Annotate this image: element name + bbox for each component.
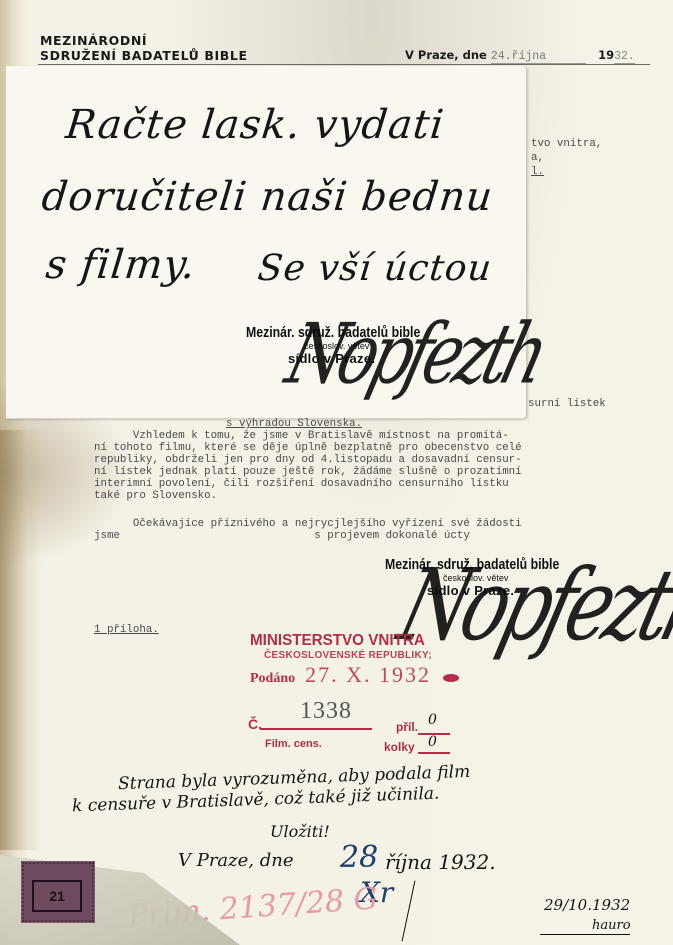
attachments-label: příl. — [396, 720, 418, 734]
submitted-label: Podáno — [250, 671, 295, 687]
official-note-place: V Praze, dne — [178, 850, 294, 871]
side-signature-underline — [540, 934, 630, 935]
fees-value: 0 — [428, 734, 437, 750]
ministry-receipt-stamp: MINISTERSTVO VNITRA ČESKOSLOVENSKÉ REPUB… — [250, 632, 485, 688]
pencil-stroke — [402, 881, 416, 942]
paragraph1-line6: také pro Slovensko. — [94, 490, 217, 502]
paragraph1-line3: republiky, obdrželi jen pro dny od 4.lis… — [94, 454, 522, 466]
side-signature: hauro — [592, 918, 631, 933]
slip-handwriting-closing: Se vší úctou — [256, 248, 494, 289]
paragraph2-line2: jsme s projevem dokonalé úcty — [94, 530, 470, 542]
official-note-file: Uložiti! — [270, 822, 330, 841]
document-page: MEZINÁRODNÍ SDRUŽENÍ BADATELŮ BIBLE V Pr… — [0, 0, 673, 945]
submitted-date: 27. X. 1932 — [305, 662, 431, 688]
date-typed: 24.října — [491, 50, 586, 64]
org-name-line2: SDRUŽENÍ BADATELŮ BIBLE — [40, 48, 248, 63]
year-typed: 32. — [614, 50, 635, 64]
stamp-ornament — [443, 674, 459, 682]
official-note-month-year: října 1932. — [385, 850, 496, 874]
year-prefix: 19 — [598, 48, 614, 62]
typed-fragment-3: l. — [531, 166, 544, 178]
fees-label: kolky — [384, 740, 415, 754]
side-date: 29/10.1932 — [544, 896, 630, 914]
date-prefix: V Praze, dne — [405, 48, 487, 62]
org-name-line1: MEZINÁRODNÍ — [40, 33, 248, 48]
typed-fragment-4: surní lístek — [528, 398, 606, 410]
slip-handwriting-line1: Račte lask. vydati — [64, 102, 447, 148]
slip-handwriting-line2: doručiteli naši bednu — [40, 174, 496, 220]
official-note-day: 28 — [340, 840, 378, 875]
slip-handwriting-line3: s filmy. — [44, 242, 198, 288]
registration-number: 1338 — [300, 698, 352, 725]
number-underline — [260, 728, 372, 730]
paragraph1-line2: ní tohoto filmu, které se děje úplně bez… — [94, 442, 522, 454]
paragraph1-line1: Vzhledem k tomu, že jsme v Bratislavě mí… — [94, 430, 509, 442]
revenue-stamp: 21 — [22, 862, 94, 922]
slip-signature: Nopfezth — [277, 307, 552, 403]
typed-fragment-2: a, — [531, 152, 544, 164]
fees-line — [418, 752, 450, 754]
paragraph2-line1: Očekávajíce příznivého a nejrycjlejšího … — [94, 518, 522, 530]
dateline: V Praze, dne 24.října 1932. — [405, 48, 635, 63]
letterhead-rule — [38, 64, 650, 65]
attachments-value: 0 — [428, 712, 437, 728]
pasted-note-slip: Račte lask. vydati doručiteli naši bednu… — [6, 66, 527, 419]
letterhead: MEZINÁRODNÍ SDRUŽENÍ BADATELŮ BIBLE — [40, 33, 248, 63]
ministry-republic: ČESKOSLOVENSKÉ REPUBLIKY; — [264, 650, 485, 661]
paragraph1-line5: interimní povolení, čili rozšíření dosav… — [94, 478, 509, 490]
typed-fragment-1: tvo vnitra, — [531, 138, 602, 150]
letter-subject: s výhradou Slovenska. — [226, 418, 362, 430]
paragraph1-line4: ní lístek jednak platí pouze ještě rok, … — [94, 466, 522, 478]
department-label: Film. cens. — [265, 738, 322, 750]
age-stain — [0, 430, 42, 850]
attachment-note: 1 příloha. — [94, 624, 159, 636]
ministry-name: MINISTERSTVO VNITRA — [250, 632, 473, 650]
revenue-stamp-value: 21 — [32, 880, 82, 912]
